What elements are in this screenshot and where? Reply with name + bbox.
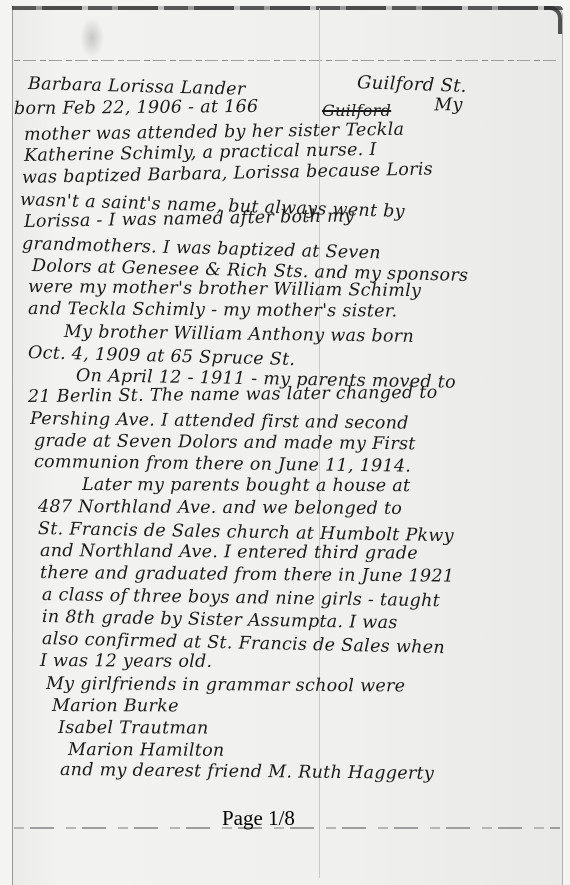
text-line: My brother William Anthony was born [64, 322, 414, 347]
text-line: Marion Hamilton [68, 740, 225, 761]
inserted-street-name: Guilford St. [357, 72, 467, 97]
text-line: My girlfriends in grammar school were [46, 674, 406, 697]
text-line: 487 Northland Ave. and we belonged to [38, 497, 402, 519]
text-line: Barbara Lorissa Lander [28, 74, 246, 100]
text-line: communion from there on June 11, 1914. [34, 452, 411, 477]
text-line: born Feb 22, 1906 - at 166 My [14, 95, 463, 119]
text-line: and Northland Ave. I entered third grade [40, 541, 418, 564]
text-line: Oct. 4, 1909 at 65 Spruce St. [28, 343, 296, 370]
text-line: Pershing Ave. I attended first and secon… [30, 409, 409, 434]
text-line: and Teckla Schimly - my mother's sister. [28, 299, 398, 322]
text-line: Later my parents bought a house at [82, 475, 410, 496]
text-line: and my dearest friend M. Ruth Haggerty [60, 760, 434, 784]
page-number-label: Page 1/8 [222, 806, 295, 831]
text-line: there and graduated from there in June 1… [40, 563, 454, 587]
text-line: I was 12 years old. [40, 651, 213, 672]
text-line: Isabel Trautman [58, 718, 209, 739]
handwritten-text: Guilford St. Guilford Barbara Lorissa La… [0, 0, 570, 885]
text-line: grade at Seven Dolors and made my First [34, 431, 416, 454]
text-line: were my mother's brother William Schimly [28, 277, 421, 301]
text-line: Marion Burke [52, 696, 179, 716]
text-line: 21 Berlin St. The name was later changed… [28, 383, 438, 407]
